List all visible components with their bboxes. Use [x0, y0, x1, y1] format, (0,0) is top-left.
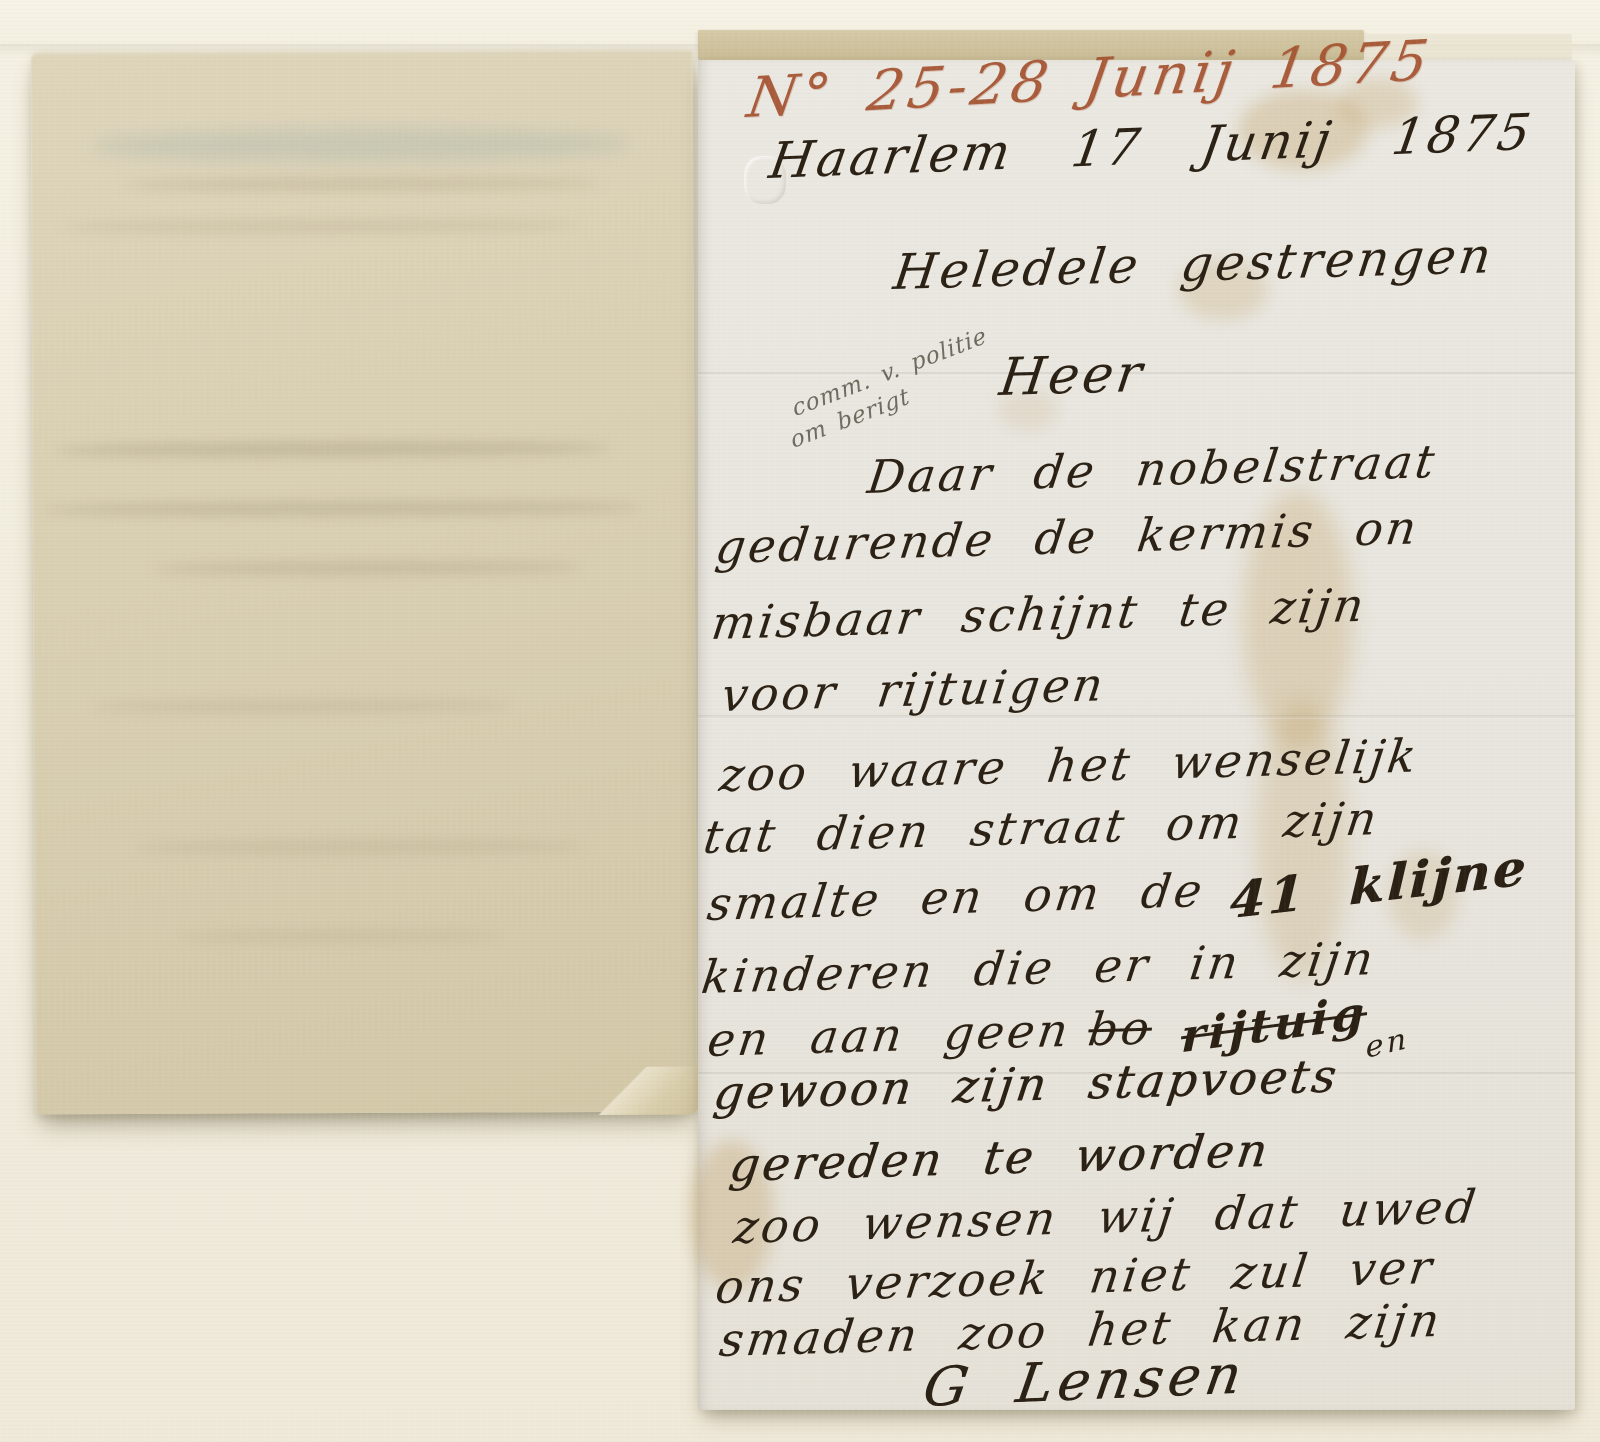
page-corner-fold: [559, 1067, 699, 1116]
bleed-through-text: [61, 219, 581, 233]
blank-verso-page: [31, 49, 698, 1115]
struck-word: bo: [1085, 1001, 1155, 1057]
appended-suffix: en: [1364, 1022, 1410, 1064]
body-line: gereden te worden: [727, 1125, 1273, 1191]
bleed-through-text: [52, 441, 612, 457]
signature: G Lensen: [919, 1345, 1250, 1418]
bleed-through-text: [175, 929, 505, 942]
bleed-through-text: [134, 839, 584, 855]
bleed-through-text: [121, 177, 601, 191]
body-line: voor rijtuigen: [719, 659, 1109, 720]
body-line: Daar de nobelstraat: [865, 436, 1441, 502]
bleed-through-text: [91, 127, 631, 163]
body-line-text: smalte en om de: [704, 863, 1208, 931]
salutation-line: Heledele gestrengen: [890, 229, 1497, 300]
bleed-through-text: [43, 501, 643, 517]
body-line: kinderen die er in zijn: [699, 933, 1379, 1002]
letter-page: N° 25-28 Junij 1875 Haarlem 17 Junij 187…: [698, 60, 1575, 1410]
pencil-annotation: comm. v. politie om berigt: [789, 322, 998, 452]
bleed-through-text: [153, 561, 583, 575]
salutation-line: Heer: [996, 346, 1148, 407]
bleed-through-text: [94, 699, 514, 713]
